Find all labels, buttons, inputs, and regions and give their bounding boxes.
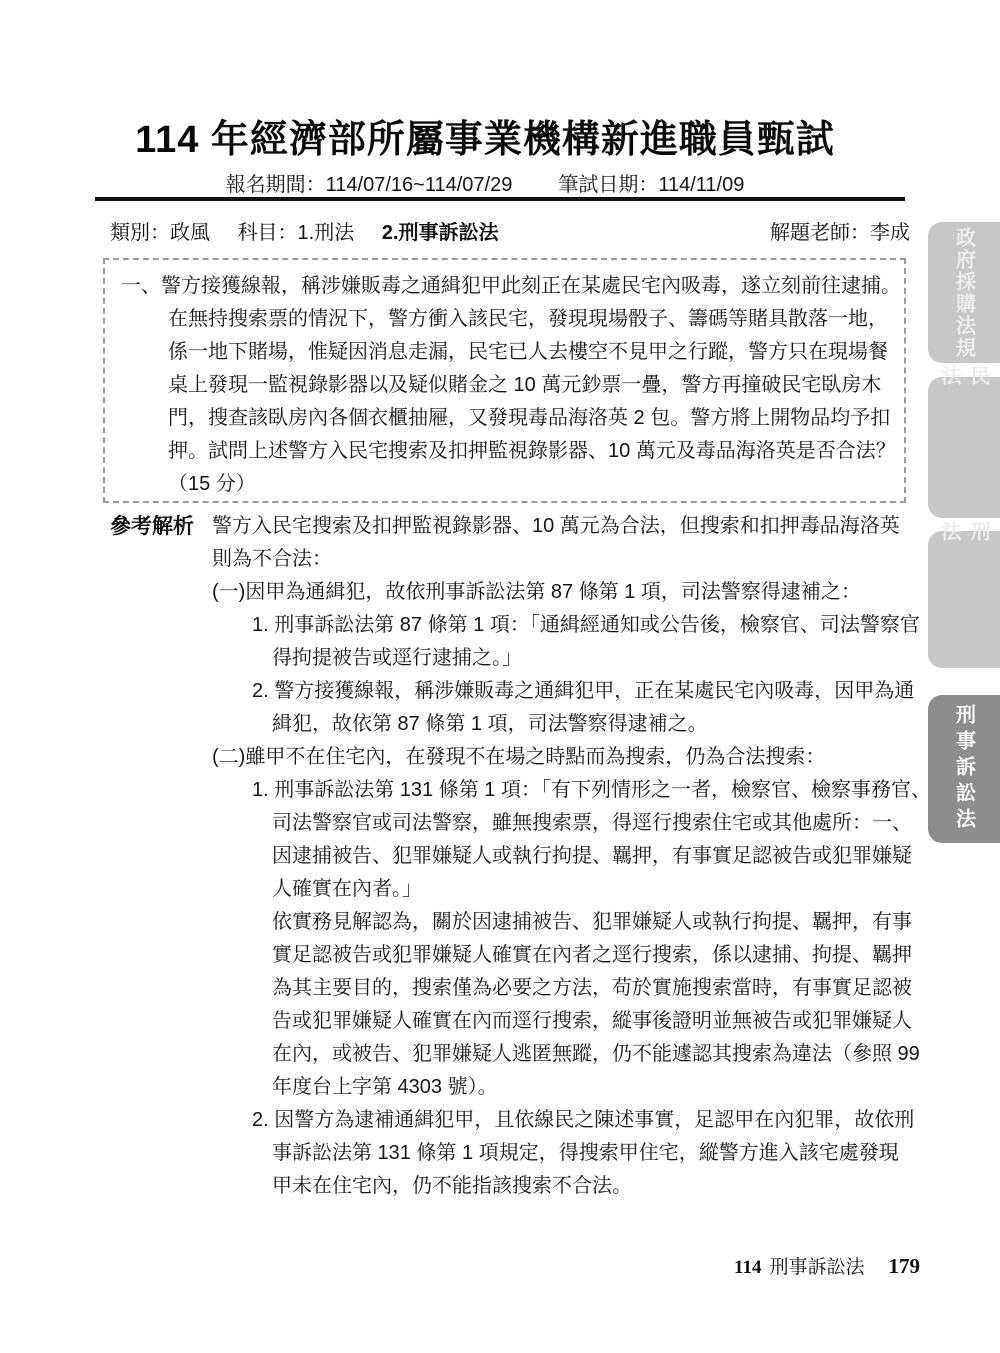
text-line: 一、警方接獲線報，稱涉嫌販毒之通緝犯甲此刻正在某處民宅內吸毒，遂立刻前往逮捕。	[121, 270, 892, 303]
text-line: 得拘提被告或逕行逮捕之。」	[212, 642, 912, 675]
text-line: 押。試問上述警方入民宅搜索及扣押監視錄影器、10 萬元及毒品海洛英是否合法？	[121, 435, 892, 468]
page-title: 114 年經濟部所屬事業機構新進職員甄試	[60, 108, 910, 163]
category-label: 類別：政風	[110, 222, 210, 244]
teacher-label: 解題老師：李成	[770, 216, 910, 245]
text-line: 係一地下賭場，惟疑因消息走漏，民宅已人去樓空不見甲之行蹤，警方只在現場餐	[121, 336, 892, 369]
text-line: 因逮捕被告、犯罪嫌疑人或執行拘提、羈押，有事實足認被告或犯罪嫌疑	[212, 840, 912, 873]
sidebar-tab-label: 刑法	[935, 505, 993, 642]
analysis-text: 警方入民宅搜索及扣押監視錄影器、10 萬元為合法，但搜索和扣押毒品海洛英則為不合…	[212, 510, 912, 1203]
text-line: 為其主要目的，搜索僅為必要之方法，苟於實施搜索當時，有事實足認被	[212, 972, 912, 1005]
sidebar-tab-government-procurement: 政府採購法規	[928, 222, 1000, 363]
text-line: 依實務見解認為，關於因逮捕被告、犯罪嫌疑人或執行拘提、羈押，有事	[212, 906, 912, 939]
sidebar-tab-criminal-procedure-law: 刑事訴訟法	[928, 695, 1000, 843]
text-line: 2. 警方接獲線報，稱涉嫌販毒之通緝犯甲，正在某處民宅內吸毒，因甲為通	[212, 675, 912, 708]
text-line: 則為不合法：	[212, 543, 912, 576]
exam-dates-row: 報名期間：114/07/16~114/07/29 筆試日期：114/11/09	[60, 168, 910, 197]
text-line: 1. 刑事訴訟法第 131 條第 1 項：「有下列情形之一者，檢察官、檢察事務官…	[212, 774, 912, 807]
subject-current: 2.刑事訴訟法	[382, 222, 499, 244]
sidebar-tab-civil-law: 民法	[928, 377, 1000, 518]
subject-label: 科目：1.刑法	[238, 222, 355, 244]
analysis-label: 參考解析	[110, 510, 194, 543]
written-exam-date: 筆試日期：114/11/09	[558, 168, 744, 197]
text-line: 司法警察官或司法警察，雖無搜索票，得逕行搜索住宅或其他處所：一、	[212, 807, 912, 840]
sidebar-tab-label: 政府採購法規	[950, 227, 979, 359]
text-line: 人確實在內者。」	[212, 873, 912, 906]
text-line: 在無持搜索票的情況下，警方衝入該民宅，發現現場骰子、籌碼等賭具散落一地，	[121, 303, 892, 336]
meta-row: 類別：政風 科目：1.刑法 2.刑事訴訟法 解題老師：李成	[110, 216, 910, 245]
text-line: 門，搜查該臥房內各個衣櫃抽屜，又發現毒品海洛英 2 包。警方將上開物品均予扣	[121, 402, 892, 435]
text-line: 緝犯，故依第 87 條第 1 項，司法警察得逮補之。	[212, 708, 912, 741]
page-footer: 114 刑事訴訟法 179	[734, 1252, 920, 1279]
question-text: 一、警方接獲線報，稱涉嫌販毒之通緝犯甲此刻正在某處民宅內吸毒，遂立刻前往逮捕。在…	[121, 270, 892, 501]
book-page: 114 年經濟部所屬事業機構新進職員甄試 報名期間：114/07/16~114/…	[0, 0, 1000, 1353]
registration-period: 報名期間：114/07/16~114/07/29	[226, 168, 513, 197]
sidebar-tab-criminal-law: 刑法	[928, 531, 1000, 668]
text-line: 實足認被告或犯罪嫌疑人確實在內者之逕行搜索，係以逮捕、拘提、羈押	[212, 939, 912, 972]
sidebar-tab-label: 民法	[935, 349, 993, 490]
header-divider	[95, 197, 905, 201]
text-line: (二)雖甲不在住宅內，在發現不在場之時點而為搜索，仍為合法搜索：	[212, 741, 912, 774]
question-box: 一、警方接獲線報，稱涉嫌販毒之通緝犯甲此刻正在某處民宅內吸毒，遂立刻前往逮捕。在…	[103, 258, 906, 503]
text-line: 在內，或被告、犯罪嫌疑人逃匿無蹤，仍不能遽認其搜索為違法（參照 99	[212, 1038, 912, 1071]
text-line: 2. 因警方為逮補通緝犯甲，且依線民之陳述事實，足認甲在內犯罪，故依刑	[212, 1104, 912, 1137]
text-line: (一)因甲為通緝犯，故依刑事訴訟法第 87 條第 1 項，司法警察得逮補之：	[212, 576, 912, 609]
text-line: 事訴訟法第 131 條第 1 項規定，得搜索甲住宅，縱警方進入該宅處發現	[212, 1137, 912, 1170]
text-line: 警方入民宅搜索及扣押監視錄影器、10 萬元為合法，但搜索和扣押毒品海洛英	[212, 510, 912, 543]
sidebar-tab-label: 刑事訴訟法	[950, 704, 979, 834]
text-line: 年度台上字第 4303 號）。	[212, 1071, 912, 1104]
text-line: （15 分）	[121, 468, 892, 501]
footer-subject: 刑事訴訟法	[769, 1252, 864, 1279]
text-line: 甲未在住宅內，仍不能指該搜索不合法。	[212, 1170, 912, 1203]
footer-year: 114	[734, 1257, 761, 1279]
footer-page-number: 179	[889, 1254, 921, 1279]
text-line: 告或犯罪嫌疑人確實在內而逕行搜索，縱事後證明並無被告或犯罪嫌疑人	[212, 1005, 912, 1038]
text-line: 1. 刑事訴訟法第 87 條第 1 項：「通緝經通知或公告後，檢察官、司法警察官	[212, 609, 912, 642]
category-subject: 類別：政風 科目：1.刑法 2.刑事訴訟法	[110, 216, 499, 245]
text-line: 桌上發現一監視錄影器以及疑似賭金之 10 萬元鈔票一疊，警方再撞破民宅臥房木	[121, 369, 892, 402]
